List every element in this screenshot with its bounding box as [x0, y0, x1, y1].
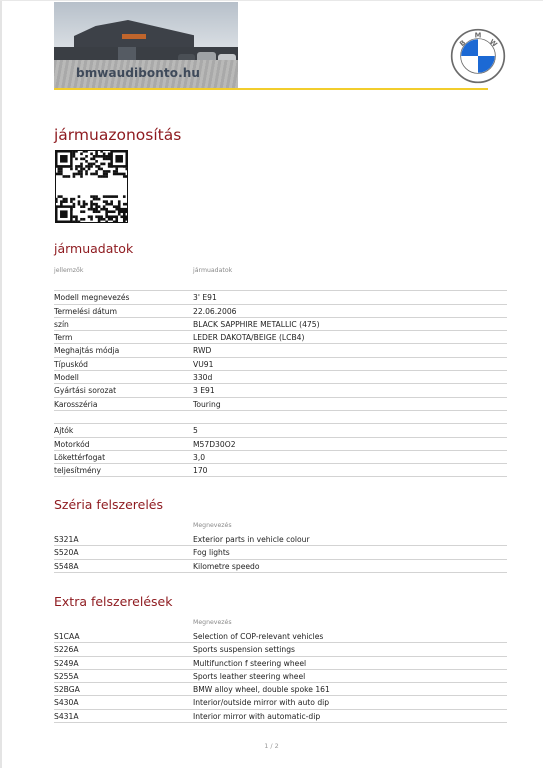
row-value: RWD — [193, 346, 211, 355]
row-value: 170 — [193, 466, 208, 475]
table-row: MotorkódM57D30O2 — [54, 438, 507, 451]
logo-letter: M — [475, 32, 482, 40]
row-label: Típuskód — [54, 360, 88, 369]
row-label: Ajtók — [54, 426, 73, 435]
row-label: szín — [54, 320, 69, 329]
table-spacer-row — [54, 278, 507, 291]
row-label: S1CAA — [54, 632, 80, 641]
row-value: VU91 — [193, 360, 213, 369]
row-value: Selection of COP-relevant vehicles — [193, 632, 323, 641]
row-value: BMW alloy wheel, double spoke 161 — [193, 685, 330, 694]
row-label: Motorkód — [54, 440, 90, 449]
table-row: Modell330d — [54, 371, 507, 384]
table-row: S321AExterior parts in vehicle colour — [54, 533, 507, 546]
row-value: BLACK SAPPHIRE METALLIC (475) — [193, 320, 320, 329]
table-row: S520AFog lights — [54, 546, 507, 559]
page-border — [0, 0, 2, 768]
row-label: Meghajtás módja — [54, 346, 119, 355]
row-label: S430A — [54, 698, 79, 707]
column-header: jármuadatok — [193, 267, 232, 274]
row-value: LEDER DAKOTA/BEIGE (LCB4) — [193, 333, 304, 342]
table-spacer-row — [54, 411, 507, 424]
table-row: Ajtók5 — [54, 424, 507, 437]
table-row: Meghajtás módjaRWD — [54, 344, 507, 357]
row-label: S249A — [54, 659, 79, 668]
row-label: Modell megnevezés — [54, 293, 129, 302]
table-row: S226ASports suspension settings — [54, 643, 507, 656]
extra-equipment-table: Megnevezés S1CAASelection of COP-relevan… — [54, 617, 507, 723]
row-value: Touring — [193, 400, 221, 409]
row-value: Fog lights — [193, 548, 230, 557]
row-value: Interior/outside mirror with auto dip — [193, 698, 329, 707]
row-label: S255A — [54, 672, 79, 681]
row-value: Multifunction f steering wheel — [193, 659, 306, 668]
table-row: színBLACK SAPPHIRE METALLIC (475) — [54, 318, 507, 331]
page-indicator: 1 / 2 — [0, 742, 543, 750]
column-header: Megnevezés — [193, 619, 232, 626]
photo-door — [118, 47, 136, 60]
row-value: 3 E91 — [193, 386, 215, 395]
row-value: 3' E91 — [193, 293, 217, 302]
row-value: 330d — [193, 373, 212, 382]
table-row: S2BGABMW alloy wheel, double spoke 161 — [54, 683, 507, 696]
row-value: Sports leather steering wheel — [193, 672, 305, 681]
column-header: jellemzők — [54, 267, 83, 274]
page-border-top — [0, 0, 543, 1]
row-value: 22.06.2006 — [193, 307, 236, 316]
row-label: Lökettérfogat — [54, 453, 105, 462]
extra-equipment-heading: Extra felszerelések — [54, 594, 172, 609]
table-row: S430AInterior/outside mirror with auto d… — [54, 696, 507, 709]
row-value: 3,0 — [193, 453, 205, 462]
vehicle-id-heading: jármuazonosítás — [54, 126, 181, 144]
photo-caption: bmwaudibonto.hu — [76, 66, 200, 80]
dealer-photo: bmwaudibonto.hu — [54, 2, 238, 88]
table-row: teljesítmény170 — [54, 464, 507, 477]
table-row: KarosszériaTouring — [54, 398, 507, 411]
table-header: Megnevezés — [54, 617, 507, 630]
row-value: 5 — [193, 426, 198, 435]
table-row: S255ASports leather steering wheel — [54, 670, 507, 683]
table-row: TípuskódVU91 — [54, 358, 507, 371]
standard-equipment-table: Megnevezés S321AExterior parts in vehicl… — [54, 520, 507, 573]
table-row: Gyártási sorozat3 E91 — [54, 384, 507, 397]
row-value: Interior mirror with automatic-dip — [193, 712, 320, 721]
qr-code-icon — [55, 150, 128, 223]
row-label: S431A — [54, 712, 79, 721]
vehicle-data-table: jellemzők jármuadatok Modell megnevezés3… — [54, 265, 507, 477]
table-row: Lökettérfogat3,0 — [54, 451, 507, 464]
column-header: Megnevezés — [193, 522, 232, 529]
header-rule — [54, 88, 488, 90]
row-label: Modell — [54, 373, 79, 382]
row-label: Term — [54, 333, 72, 342]
bmw-logo-icon: B M W — [450, 28, 506, 84]
standard-equipment-heading: Széria felszerelés — [54, 497, 163, 512]
table-row: S548AKilometre speedo — [54, 560, 507, 573]
table-row: Termelési dátum22.06.2006 — [54, 305, 507, 318]
row-label: teljesítmény — [54, 466, 101, 475]
row-label: S321A — [54, 535, 79, 544]
table-row: Modell megnevezés3' E91 — [54, 291, 507, 304]
row-value: Exterior parts in vehicle colour — [193, 535, 310, 544]
row-value: Sports suspension settings — [193, 645, 295, 654]
photo-sign — [122, 34, 146, 39]
table-header: Megnevezés — [54, 520, 507, 533]
row-label: Gyártási sorozat — [54, 386, 116, 395]
table-row: TermLEDER DAKOTA/BEIGE (LCB4) — [54, 331, 507, 344]
table-row: S249AMultifunction f steering wheel — [54, 657, 507, 670]
table-row: S431AInterior mirror with automatic-dip — [54, 710, 507, 723]
row-label: S548A — [54, 562, 79, 571]
row-value: M57D30O2 — [193, 440, 236, 449]
row-label: Termelési dátum — [54, 307, 117, 316]
row-value: Kilometre speedo — [193, 562, 260, 571]
table-header: jellemzők jármuadatok — [54, 265, 507, 278]
row-label: S2BGA — [54, 685, 80, 694]
row-label: S226A — [54, 645, 79, 654]
table-row: S1CAASelection of COP-relevant vehicles — [54, 630, 507, 643]
row-label: S520A — [54, 548, 79, 557]
vehicle-data-heading: jármuadatok — [54, 241, 133, 256]
row-label: Karosszéria — [54, 400, 98, 409]
